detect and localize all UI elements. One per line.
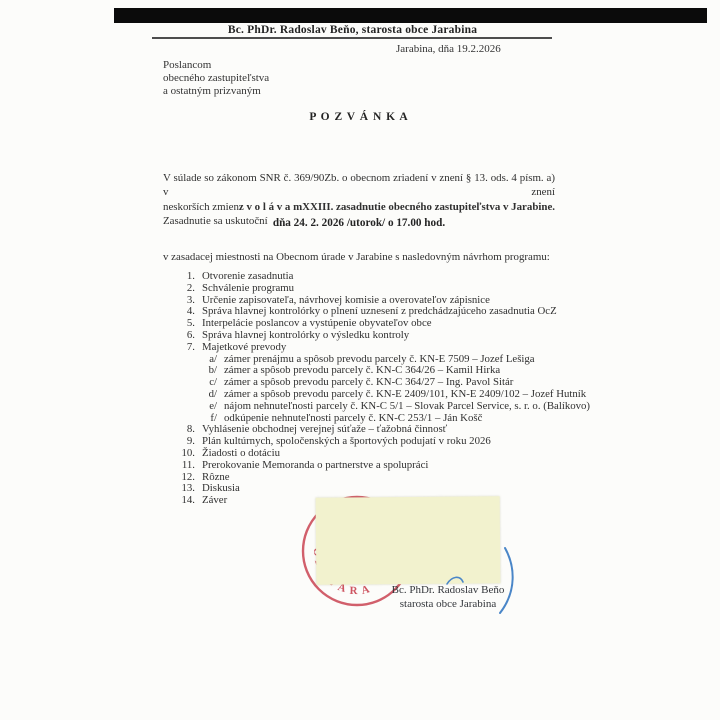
signature-name: Bc. PhDr. Radoslav Beňo (378, 584, 518, 598)
agenda-item: 7. Majetkové prevody (175, 342, 595, 354)
intro-convene-text: z v o l á v a m (239, 200, 302, 214)
agenda-item-number: 14. (175, 495, 202, 507)
agenda-item-text: Majetkové prevody (202, 342, 286, 354)
agenda-item-text: Záver (202, 495, 227, 507)
agenda-item-number: 2. (175, 283, 202, 295)
signature-role: starosta obce Jarabina (378, 598, 518, 612)
issue-date: Jarabina, dňa 19.2.2026 (396, 43, 501, 55)
agenda-sub-text: zámer a spôsob prevodu parcely č. KN-E 2… (224, 389, 586, 401)
agenda-item: 11. Prerokovanie Memoranda o partnerstve… (175, 460, 595, 472)
venue-line: v zasadacej miestnosti na Obecnom úrade … (163, 251, 550, 263)
agenda-sub-number: d/ (197, 389, 224, 401)
agenda-sub-number: e/ (197, 401, 224, 413)
agenda-sub-text: nájom nehnuteľnosti parcely č. KN-C 5/1 … (224, 401, 590, 413)
agenda-item-number: 11. (175, 460, 202, 472)
agenda-item: 2. Schválenie programu (175, 283, 595, 295)
agenda-item: 6. Správa hlavnej kontrolórky o výsledku… (175, 330, 595, 342)
agenda-item-text: Schválenie programu (202, 283, 294, 295)
redaction-bar (114, 8, 707, 23)
recipient-line: a ostatným prizvaným (163, 85, 269, 98)
agenda-item: 10. Žiadosti o dotáciu (175, 448, 595, 460)
intro-line-2-normal: neskorších zmien (163, 200, 239, 214)
letterhead-name: Bc. PhDr. Radoslav Beňo, starosta obce J… (115, 24, 590, 36)
recipient-line: Poslancom (163, 59, 269, 72)
agenda-item-number: 7. (175, 342, 202, 354)
agenda-list: 1. Otvorenie zasadnutia 2. Schválenie pr… (175, 271, 595, 507)
recipient-line: obecného zastupiteľstva (163, 72, 269, 85)
intro-line-2: neskorších zmien z v o l á v a m XXIII. … (163, 200, 555, 214)
intro-session-title: XXIII. zasadnutie obecného zastupiteľstv… (302, 200, 555, 214)
recipients-block: Poslancom obecného zastupiteľstva a osta… (163, 59, 269, 99)
document-title: P O Z V Á N K A (163, 111, 555, 123)
agenda-sub-item: d/ zámer a spôsob prevodu parcely č. KN-… (175, 389, 595, 401)
agenda-item-number: 10. (175, 448, 202, 460)
meeting-datetime: dňa 24. 2. 2026 /utorok/ o 17.00 hod. (163, 217, 555, 229)
letterhead-rule (152, 37, 552, 39)
agenda-item-text: Správa hlavnej kontrolórky o výsledku ko… (202, 330, 409, 342)
scanned-invitation-page: Bc. PhDr. Radoslav Beňo, starosta obce J… (0, 0, 720, 720)
intro-line-1: V súlade so zákonom SNR č. 369/90Zb. o o… (163, 171, 555, 200)
agenda-sub-item: e/ nájom nehnuteľnosti parcely č. KN-C 5… (175, 401, 595, 413)
agenda-item-text: Prerokovanie Memoranda o partnerstve a s… (202, 460, 428, 472)
agenda-item-text: Žiadosti o dotáciu (202, 448, 280, 460)
agenda-item-number: 6. (175, 330, 202, 342)
signature-block: Bc. PhDr. Radoslav Beňo starosta obce Ja… (378, 584, 518, 611)
